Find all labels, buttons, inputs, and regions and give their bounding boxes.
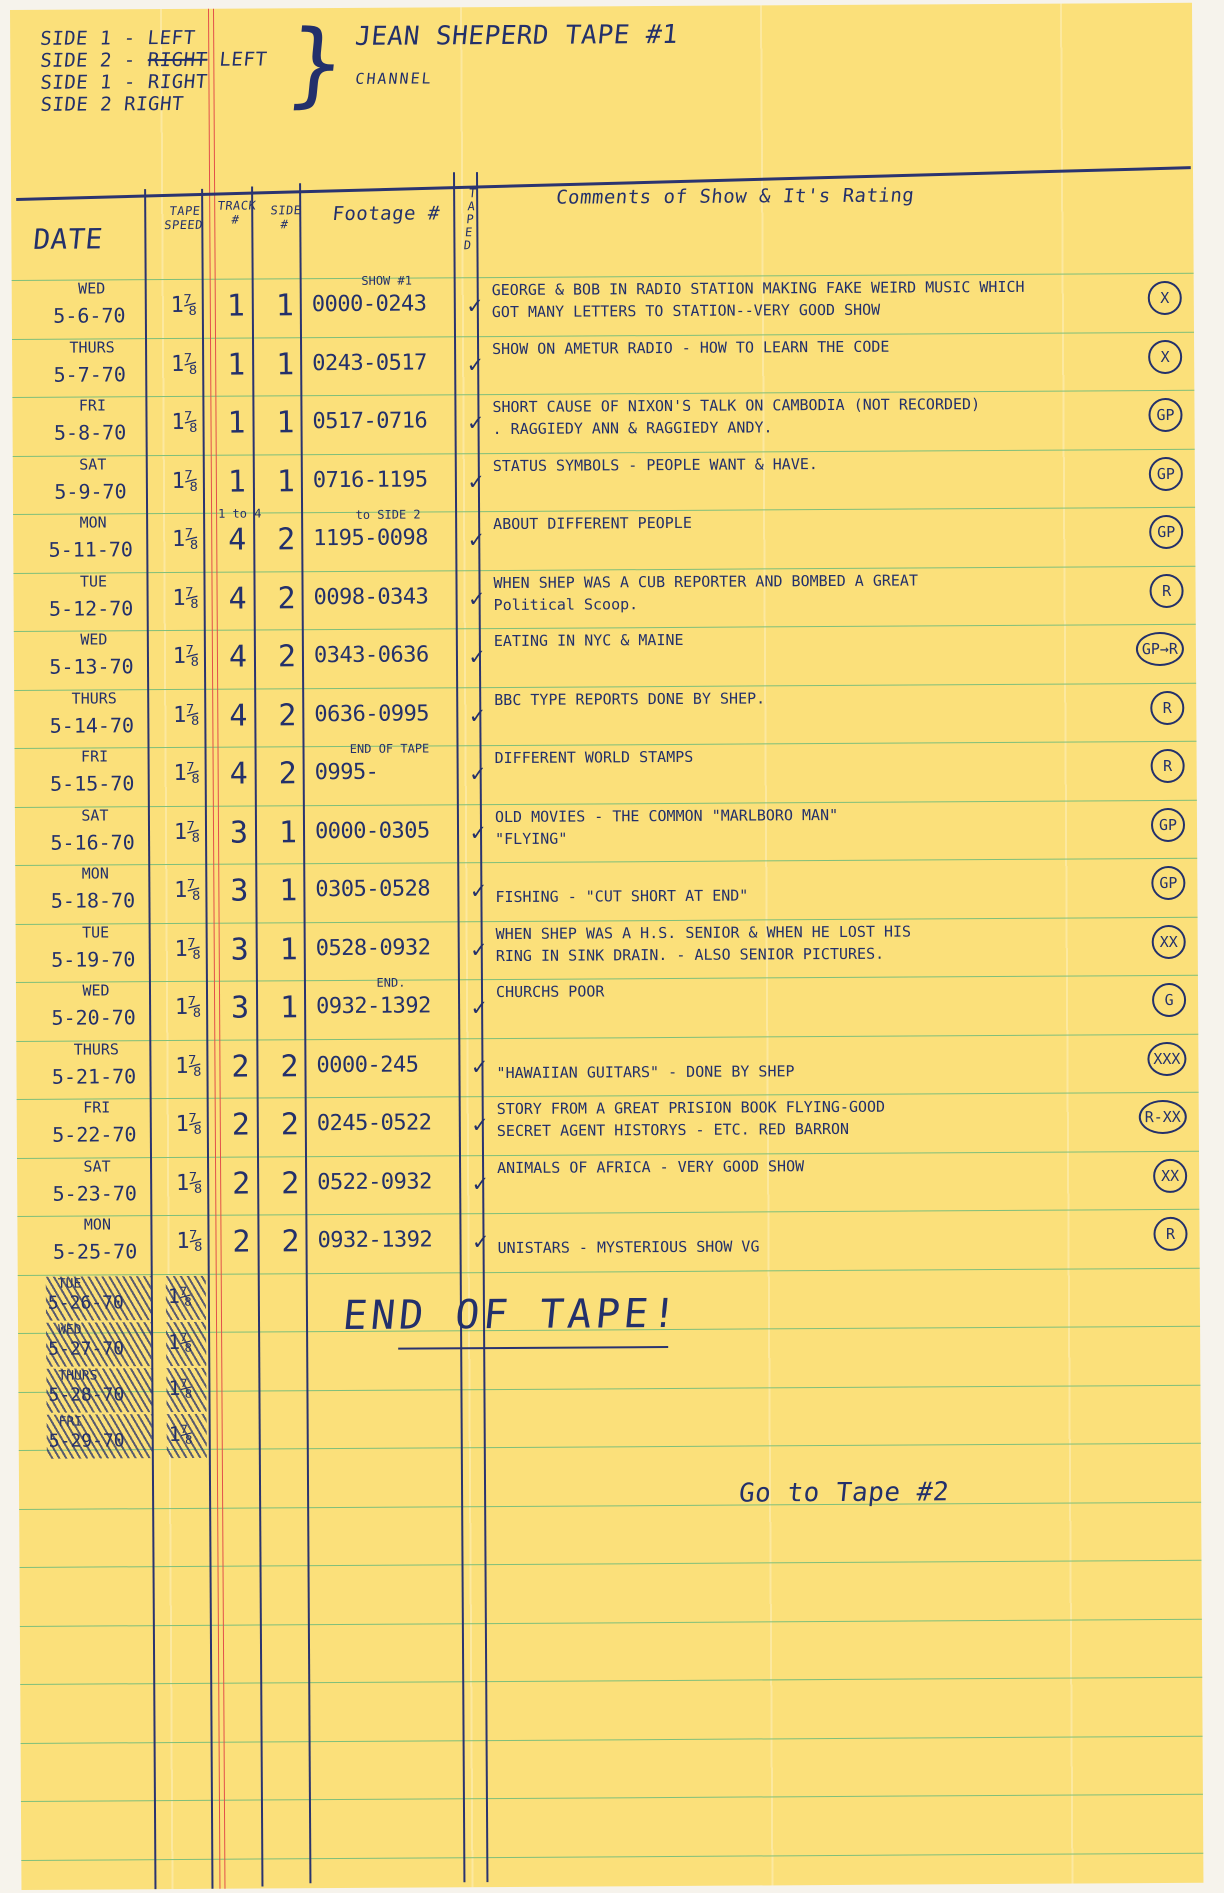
row-tape-speed: 1⅞	[163, 761, 211, 786]
row-track: 4	[213, 581, 261, 616]
row-comment-line-1: CHURCHS POOR	[496, 979, 1116, 1001]
row-track: 2	[217, 1107, 265, 1142]
row-taped-check: ✓	[468, 759, 488, 787]
row-comment-line-1: DIFFERENT WORLD STAMPS	[495, 745, 1115, 767]
row-comment-line-2: "FLYING"	[495, 826, 1115, 848]
row-taped-check: ✓	[469, 993, 489, 1021]
row-side: 1	[262, 347, 308, 382]
row-day: FRI	[37, 396, 147, 415]
row-comment-line-1: STATUS SYMBOLS - PEOPLE WANT & HAVE.	[493, 453, 1113, 475]
row-comment-line-2: GOT MANY LETTERS TO STATION--VERY GOOD S…	[492, 299, 1112, 321]
row-footage: 0243-0517	[312, 350, 462, 376]
row-footage: 1195-0098	[313, 525, 463, 551]
ruled-line	[20, 1560, 1202, 1568]
table-row: THURS5-21-701⅞220000-245✓ "HAWAIIAN GUIT…	[16, 1033, 1196, 1098]
row-track: 1	[213, 464, 261, 499]
row-comment-line-1	[497, 1213, 1117, 1217]
row-taped-check: ✓	[469, 935, 489, 963]
scribble-strike	[167, 1413, 207, 1457]
row-footage: 0522-0932	[317, 1169, 467, 1195]
row-rating-badge: GP	[1151, 866, 1185, 900]
row-tape-speed: 1⅞	[161, 527, 209, 552]
row-date: 5-16-70	[30, 830, 155, 855]
channel-label: CHANNEL	[355, 69, 434, 87]
row-comment-line-1: WHEN SHEP WAS A CUB REPORTER AND BOMBED …	[493, 570, 1113, 592]
row-footage: 0343-0636	[314, 642, 464, 668]
row-side: 2	[266, 1049, 312, 1084]
row-day: THURS	[39, 689, 149, 708]
row-comment-line-1	[496, 1038, 1116, 1042]
row-rating-badge: GP→R	[1136, 632, 1184, 666]
row-tape-speed: 1⅞	[160, 410, 208, 435]
row-date: 5-23-70	[32, 1181, 157, 1206]
table-row: WED5-13-701⅞420343-0636✓EATING IN NYC & …	[14, 624, 1194, 689]
table-row: MON5-11-701⅞41 to 42to SIDE 21195-0098✓A…	[13, 507, 1193, 572]
row-track: 2	[217, 1166, 265, 1201]
table-row: SAT5-16-701⅞310000-0305✓OLD MOVIES - THE…	[15, 799, 1195, 864]
row-footage-note: to SIDE 2	[313, 507, 463, 522]
row-taped-check: ✓	[465, 350, 485, 378]
row-track: 4	[215, 756, 263, 791]
row-rating-badge: R	[1149, 573, 1183, 607]
row-taped-check: ✓	[465, 408, 485, 436]
ruled-line	[21, 1794, 1203, 1802]
go-to-tape-2-note: Go to Tape #2	[738, 1477, 951, 1508]
row-side: 1	[262, 405, 308, 440]
row-track: 4	[214, 639, 262, 674]
row-comment-line-2: "HAWAIIAN GUITARS" - DONE BY SHEP	[496, 1060, 1116, 1082]
table-row: SAT5-23-701⅞220522-0932✓ANIMALS OF AFRIC…	[17, 1150, 1197, 1215]
row-tape-speed: 1⅞	[160, 293, 208, 318]
row-date: 5-6-70	[27, 303, 152, 328]
row-date: 5-13-70	[29, 654, 154, 679]
row-comment-line-1: OLD MOVIES - THE COMMON "MARLBORO MAN"	[495, 804, 1115, 826]
ruled-line	[19, 1501, 1201, 1509]
row-date: 5-12-70	[29, 596, 154, 621]
ruled-line	[21, 1735, 1203, 1743]
row-comment-line-1: ABOUT DIFFERENT PEOPLE	[493, 511, 1113, 533]
row-comment-line-2: Political Scoop.	[494, 592, 1114, 614]
row-tape-speed: 1⅞	[162, 702, 210, 727]
row-track: 2	[216, 1049, 264, 1084]
row-comment-line-1: WHEN SHEP WAS A H.S. SENIOR & WHEN HE LO…	[496, 921, 1116, 943]
row-day: THURS	[41, 1040, 151, 1059]
ruled-line	[20, 1677, 1202, 1685]
row-taped-check: ✓	[466, 525, 486, 553]
row-track: 3	[215, 815, 263, 850]
row-rating-badge: R	[1150, 690, 1184, 724]
row-date: 5-9-70	[28, 479, 153, 504]
row-footage-note: SHOW #1	[312, 273, 462, 288]
row-footage: 0528-0932	[316, 935, 466, 961]
row-side: 2	[267, 1107, 313, 1142]
row-comment-line-2: . RAGGIEDY ANN & RAGGIEDY ANDY.	[493, 416, 1113, 438]
table-row: FRI5-15-701⅞42END OF TAPE0995-✓DIFFERENT…	[15, 741, 1195, 806]
brace: }	[284, 18, 349, 110]
row-comment-line-1: SHOW ON AMETUR RADIO - HOW TO LEARN THE …	[492, 336, 1112, 358]
row-date: 5-14-70	[29, 713, 154, 738]
page-title: JEAN SHEPERD TAPE #1	[354, 20, 680, 52]
row-rating-badge: G	[1152, 983, 1186, 1017]
row-day: MON	[38, 513, 148, 532]
row-comment-line-2	[493, 475, 1113, 479]
table-row: TUE5-19-701⅞310528-0932✓WHEN SHEP WAS A …	[16, 916, 1196, 981]
row-day: FRI	[42, 1098, 152, 1117]
row-day: SAT	[40, 806, 150, 825]
row-comment-line-1: GEORGE & BOB IN RADIO STATION MAKING FAK…	[492, 277, 1112, 299]
row-tape-speed: 1⅞	[164, 936, 212, 961]
row-comment-line-2	[494, 709, 1114, 713]
row-rating-badge: X	[1148, 339, 1182, 373]
row-comment-line-2	[496, 1001, 1116, 1005]
row-comment-line-1: SHORT CAUSE OF NIXON'S TALK ON CAMBODIA …	[492, 394, 1112, 416]
row-rating-badge: X	[1148, 281, 1182, 315]
row-footage: 0995-	[315, 759, 465, 785]
row-footage: 0517-0716	[312, 408, 462, 434]
row-date: 5-18-70	[30, 888, 155, 913]
table-row: FRI5-8-701⅞110517-0716✓SHORT CAUSE OF NI…	[12, 390, 1192, 455]
row-track: 4	[213, 522, 261, 557]
ruled-line	[21, 1852, 1203, 1860]
row-day: THURS	[37, 338, 147, 357]
row-footage: 0932-1392	[317, 1227, 467, 1253]
end-of-tape-note: END OF TAPE!	[341, 1291, 683, 1339]
row-date: 5-25-70	[33, 1239, 158, 1264]
row-tape-speed: 1⅞	[164, 1053, 212, 1078]
row-day: TUE	[38, 572, 148, 591]
row-tape-speed: 1⅞	[162, 585, 210, 610]
scribble-strike	[47, 1414, 152, 1459]
row-comment-line-2: SECRET AGENT HISTORYS - ETC. RED BARRON	[497, 1118, 1117, 1140]
row-rating-badge: R-XX	[1139, 1100, 1187, 1134]
row-side: 2	[264, 698, 310, 733]
row-footage: 0305-0528	[315, 876, 465, 902]
row-date: 5-15-70	[30, 771, 155, 796]
row-side: 2	[263, 581, 309, 616]
row-side: 2	[263, 522, 309, 557]
table-row: SAT5-9-701⅞110716-1195✓STATUS SYMBOLS - …	[13, 448, 1193, 513]
channel-note-4: SIDE 2 RIGHT	[39, 93, 184, 116]
table-row: MON5-25-701⅞220932-1392✓UNISTARS - MYSTE…	[17, 1209, 1197, 1274]
row-day: WED	[39, 630, 149, 649]
row-tape-speed: 1⅞	[165, 1170, 213, 1195]
row-track: 4	[214, 698, 262, 733]
row-taped-check: ✓	[470, 1110, 490, 1138]
row-date: 5-19-70	[31, 947, 156, 972]
row-footage: 0098-0343	[314, 584, 464, 610]
row-date: 5-7-70	[27, 362, 152, 387]
row-footage-note: END.	[316, 975, 466, 990]
channel-note-1: SIDE 1 - LEFT	[39, 27, 196, 50]
row-rating-badge: R	[1151, 749, 1185, 783]
row-side: 2	[264, 639, 310, 674]
row-date: 5-20-70	[31, 1005, 156, 1030]
crossed-out-rows: TUE5-26-701⅞WED5-27-701⅞THURS5-28-701⅞FR…	[10, 3, 1192, 10]
row-rating-badge: R	[1153, 1217, 1187, 1251]
scribble-strike	[166, 1275, 206, 1319]
row-tape-speed: 1⅞	[165, 1112, 213, 1137]
row-tape-speed: 1⅞	[162, 644, 210, 669]
ruled-lines	[10, 3, 1192, 10]
row-date: 5-8-70	[28, 420, 153, 445]
row-day: WED	[41, 981, 151, 1000]
row-day: FRI	[40, 747, 150, 766]
row-rating-badge: GP	[1149, 515, 1183, 549]
channel-note-3: SIDE 1 - RIGHT	[39, 71, 208, 94]
row-tape-speed: 1⅞	[163, 819, 211, 844]
row-footage: 0000-0305	[315, 818, 465, 844]
row-track: 3	[215, 873, 263, 908]
row-taped-check: ✓	[468, 876, 488, 904]
row-comment-line-2: FISHING - "CUT SHORT AT END"	[495, 884, 1115, 906]
row-comment-line-1: BBC TYPE REPORTS DONE BY SHEP.	[494, 687, 1114, 709]
row-side: 2	[267, 1224, 313, 1259]
row-day: WED	[37, 279, 147, 298]
row-rating-badge: GP	[1151, 807, 1185, 841]
row-rating-badge: XXX	[1147, 1041, 1186, 1075]
row-rating-badge: GP	[1149, 456, 1183, 490]
row-taped-check: ✓	[465, 291, 485, 319]
row-tape-speed: 1⅞	[161, 468, 209, 493]
table-row: TUE5-12-701⅞420098-0343✓WHEN SHEP WAS A …	[13, 565, 1193, 630]
header-footage: Footage #	[320, 202, 452, 225]
row-footage: 0716-1195	[313, 467, 463, 493]
row-comment-line-1: EATING IN NYC & MAINE	[494, 628, 1114, 650]
row-comment-line-1: STORY FROM A GREAT PRISION BOOK FLYING-G…	[497, 1096, 1117, 1118]
row-comment-line-1	[495, 862, 1115, 866]
row-track: 1	[212, 347, 260, 382]
row-taped-check: ✓	[468, 818, 488, 846]
row-comment-line-1: ANIMALS OF AFRICA - VERY GOOD SHOW	[497, 1155, 1117, 1177]
row-taped-check: ✓	[470, 1227, 490, 1255]
table-row: WED5-20-701⅞31END.0932-1392✓ CHURCHS POO…	[16, 975, 1196, 1040]
row-side: 2	[265, 756, 311, 791]
row-comment-line-2	[493, 533, 1113, 537]
row-comment-line-2	[495, 767, 1115, 771]
row-day: MON	[40, 864, 150, 883]
row-date: 5-21-70	[31, 1064, 156, 1089]
row-side: 2	[267, 1166, 313, 1201]
row-tape-speed: 1⅞	[165, 1229, 213, 1254]
row-date: 5-22-70	[32, 1122, 157, 1147]
header-side: SIDE #	[262, 203, 309, 231]
ruled-line	[20, 1618, 1202, 1626]
row-day: MON	[42, 1215, 152, 1234]
row-comment-line-2: RING IN SINK DRAIN. - ALSO SENIOR PICTUR…	[496, 943, 1116, 965]
row-day: SAT	[42, 1157, 152, 1176]
scribble-strike	[166, 1367, 206, 1411]
table-row: THURS5-7-701⅞110243-0517✓SHOW ON AMETUR …	[12, 331, 1192, 396]
row-taped-check: ✓	[467, 642, 487, 670]
table-row: THURS5-14-701⅞420636-0995✓BBC TYPE REPOR…	[14, 682, 1194, 747]
row-comment-line-2	[497, 1177, 1117, 1181]
row-footage: 0245-0522	[317, 1110, 467, 1136]
row-side: 1	[265, 815, 311, 850]
log-table: WED5-6-701⅞11SHOW #10000-0243✓GEORGE & B…	[10, 3, 1192, 10]
row-date: 5-11-70	[28, 537, 153, 562]
row-track: 2	[217, 1224, 265, 1259]
row-day: TUE	[41, 923, 151, 942]
scribble-strike	[46, 1322, 151, 1367]
row-taped-check: ✓	[466, 467, 486, 495]
row-tape-speed: 1⅞	[163, 878, 211, 903]
header-comments: Comments of Show & It's Rating	[555, 184, 915, 208]
scribble-strike	[46, 1368, 151, 1413]
row-tape-speed: 1⅞	[164, 995, 212, 1020]
row-taped-check: ✓	[469, 1052, 489, 1080]
row-rating-badge: XX	[1153, 1158, 1187, 1192]
row-tape-speed: 1⅞	[160, 351, 208, 376]
scribble-strike	[46, 1276, 151, 1321]
row-side: 1	[265, 873, 311, 908]
row-footage: 0000-245	[316, 1052, 466, 1078]
row-taped-check: ✓	[470, 1169, 490, 1197]
header-taped: TAPED	[463, 187, 481, 252]
row-comment-line-2: UNISTARS - MYSTERIOUS SHOW VG	[498, 1235, 1118, 1257]
table-row: FRI5-22-701⅞220245-0522✓STORY FROM A GRE…	[17, 1092, 1197, 1157]
row-footage: 0636-0995	[314, 701, 464, 727]
row-comment-line-2	[494, 650, 1114, 654]
row-track: 1	[212, 288, 260, 323]
legal-pad-page: SIDE 1 - LEFT SIDE 2 - RIGHT LEFT SIDE 1…	[10, 3, 1203, 1890]
channel-notes: SIDE 1 - LEFT SIDE 2 - RIGHT LEFT SIDE 1…	[10, 3, 1192, 10]
row-day: SAT	[38, 455, 148, 474]
row-rating-badge: XX	[1152, 924, 1186, 958]
row-comment-line-2	[492, 358, 1112, 362]
row-footage: 0000-0243	[312, 291, 462, 317]
row-taped-check: ✓	[467, 584, 487, 612]
row-footage: 0932-1392	[316, 993, 466, 1019]
row-track: 3	[216, 932, 264, 967]
table-row: MON5-18-701⅞310305-0528✓ FISHING - "CUT …	[15, 858, 1195, 923]
end-of-tape-underline	[398, 1346, 668, 1350]
row-track: 3	[216, 990, 264, 1025]
row-track-note: 1 to 4	[218, 506, 261, 520]
row-taped-check: ✓	[467, 701, 487, 729]
row-side: 1	[266, 990, 312, 1025]
row-rating-badge: GP	[1148, 398, 1182, 432]
header-date: DATE	[32, 222, 105, 255]
row-track: 1	[212, 405, 260, 440]
row-side: 1	[262, 288, 308, 323]
table-row: WED5-6-701⅞11SHOW #10000-0243✓GEORGE & B…	[12, 273, 1192, 338]
scribble-strike	[166, 1321, 206, 1365]
row-footage-note: END OF TAPE	[314, 741, 464, 756]
row-side: 1	[263, 464, 309, 499]
row-side: 1	[266, 932, 312, 967]
channel-note-2: SIDE 2 - RIGHT LEFT	[39, 48, 268, 71]
